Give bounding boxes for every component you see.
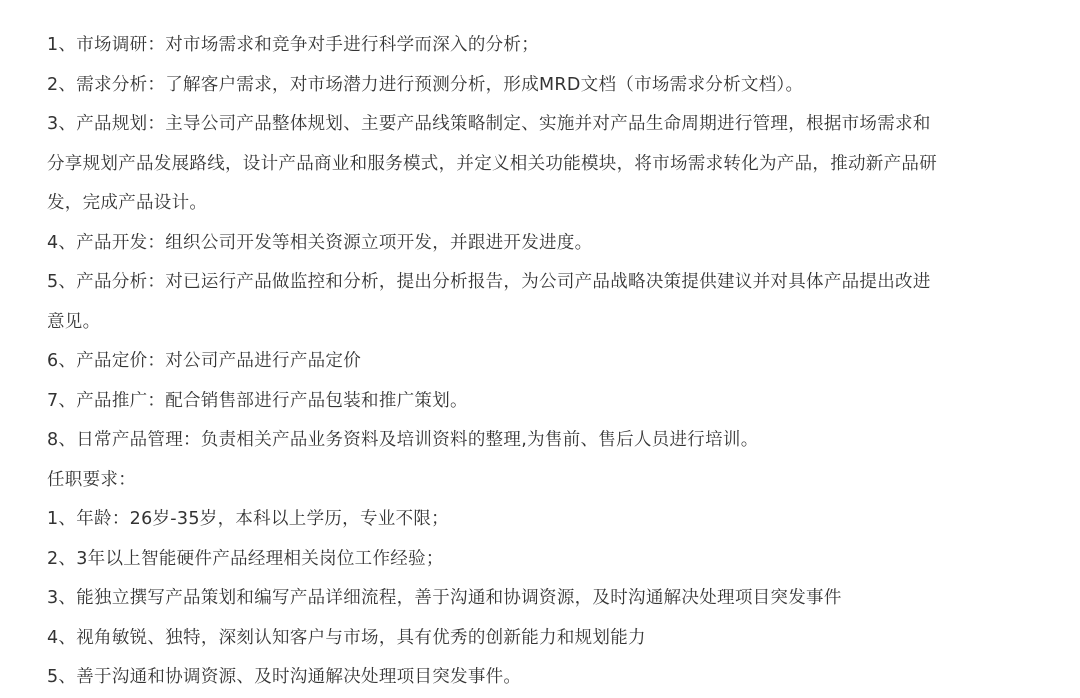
duty-2-requirement-analysis: 2、需求分析：了解客户需求，对市场潜力进行预测分析，形成MRD文档（市场需求分析… <box>47 66 1047 106</box>
duty-3-product-planning: 3、产品规划：主导公司产品整体规划、主要产品线策略制定、实施并对产品生命周期进行… <box>47 105 1047 145</box>
duty-1-market-research: 1、市场调研：对市场需求和竞争对手进行科学而深入的分析； <box>47 26 1047 66</box>
duty-3-product-planning-cont-1: 分享规划产品发展路线，设计产品商业和服务模式，并定义相关功能模块，将市场需求转化… <box>47 145 1047 185</box>
requirement-2-experience: 2、3年以上智能硬件产品经理相关岗位工作经验； <box>47 540 1047 580</box>
duty-7-product-promotion: 7、产品推广：配合销售部进行产品包装和推广策划。 <box>47 382 1047 422</box>
duty-6-product-pricing: 6、产品定价：对公司产品进行产品定价 <box>47 342 1047 382</box>
requirement-3-writing-skills: 3、能独立撰写产品策划和编写产品详细流程，善于沟通和协调资源，及时沟通解决处理项… <box>47 579 1047 619</box>
duty-8-daily-product-management: 8、日常产品管理：负责相关产品业务资料及培训资料的整理,为售前、售后人员进行培训… <box>47 421 1047 461</box>
requirements-heading: 任职要求： <box>47 461 1047 501</box>
requirement-1-age-education: 1、年龄：26岁-35岁，本科以上学历，专业不限； <box>47 500 1047 540</box>
requirement-4-insight: 4、视角敏锐、独特，深刻认知客户与市场，具有优秀的创新能力和规划能力 <box>47 619 1047 659</box>
job-description-document: 1、市场调研：对市场需求和竞争对手进行科学而深入的分析； 2、需求分析：了解客户… <box>47 26 1047 683</box>
duty-5-product-analysis-cont: 意见。 <box>47 303 1047 343</box>
duty-3-product-planning-cont-2: 发，完成产品设计。 <box>47 184 1047 224</box>
requirement-5-communication: 5、善于沟通和协调资源、及时沟通解决处理项目突发事件。 <box>47 658 1047 683</box>
duty-4-product-development: 4、产品开发：组织公司开发等相关资源立项开发，并跟进开发进度。 <box>47 224 1047 264</box>
duty-5-product-analysis: 5、产品分析：对已运行产品做监控和分析，提出分析报告，为公司产品战略决策提供建议… <box>47 263 1047 303</box>
